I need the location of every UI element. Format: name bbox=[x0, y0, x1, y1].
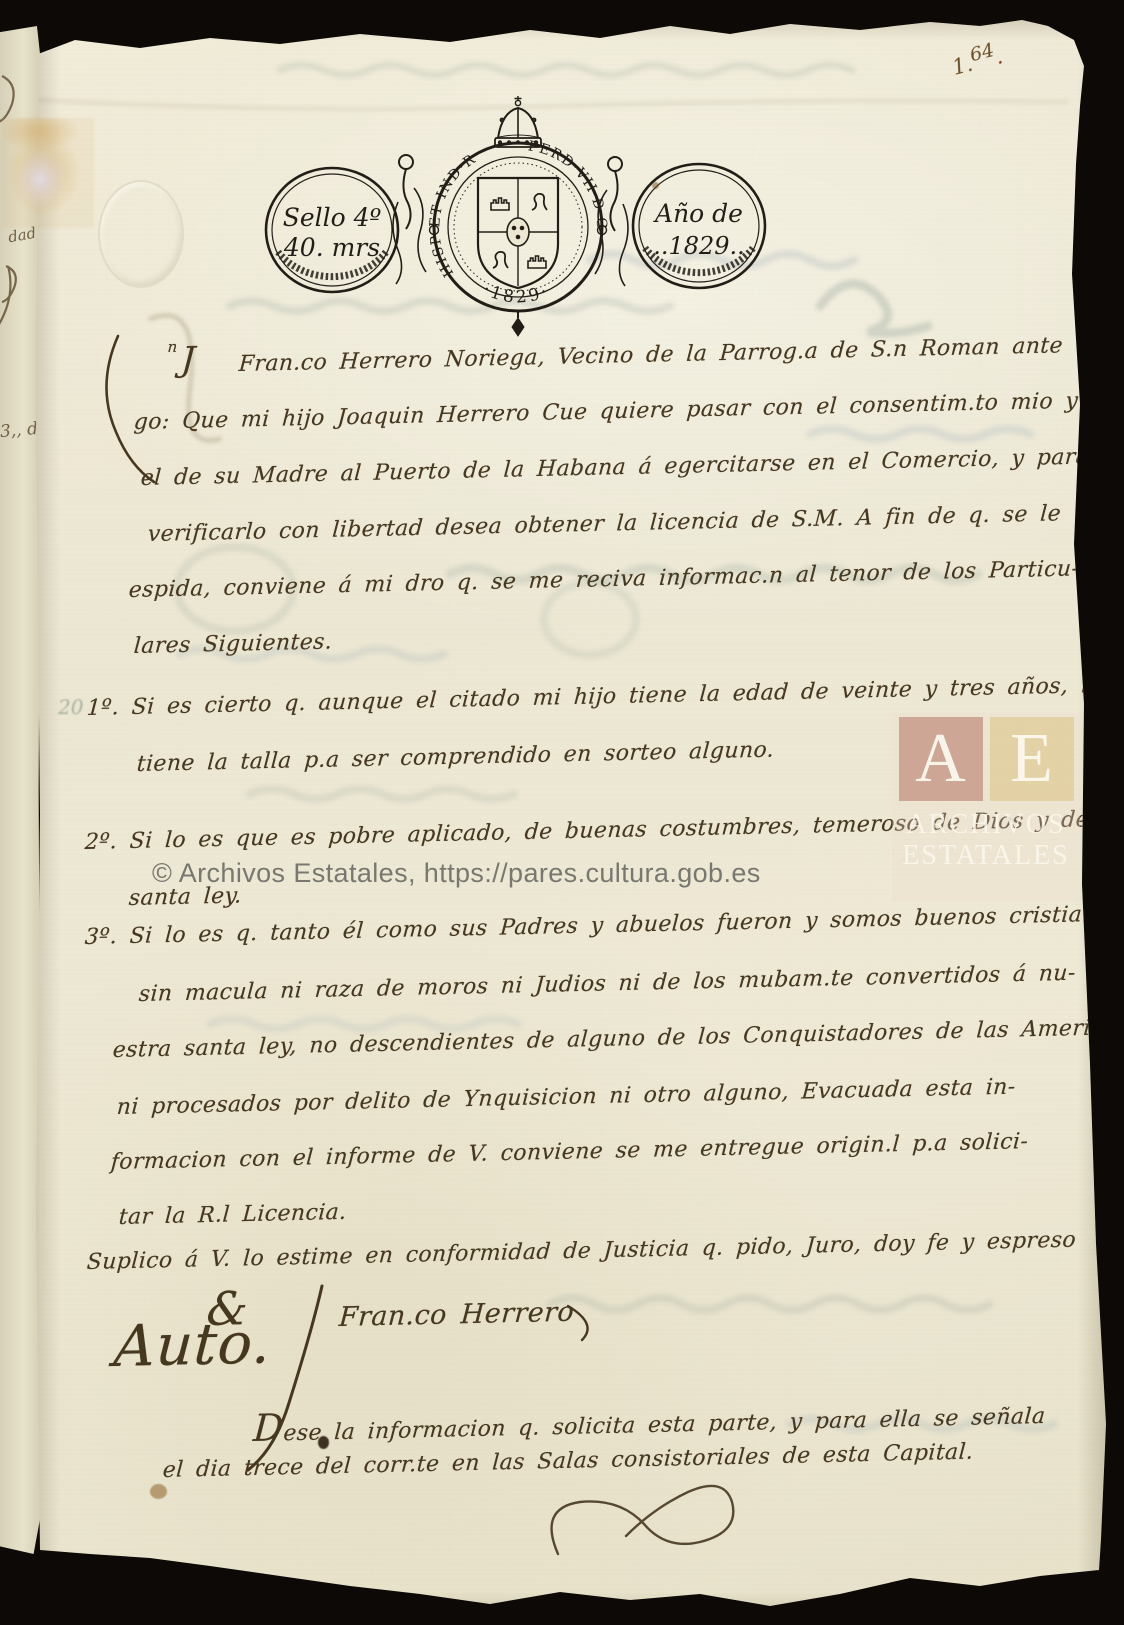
manuscript-line: estra santa ley, no descendientes de alg… bbox=[112, 1015, 1124, 1063]
margin-mark: J bbox=[180, 340, 197, 380]
auto-heading: Auto. bbox=[112, 1310, 273, 1380]
manuscript-line: go: Que mi hijo Joaquin Herrero Cue quie… bbox=[133, 389, 1079, 435]
stain-spot bbox=[150, 1484, 167, 1499]
manuscript-line: Suplico á V. lo estime en conformidad de… bbox=[86, 1228, 1077, 1275]
manuscript-line: sin macula ni raza de moros ni Judios ni… bbox=[138, 961, 1077, 1007]
ae-logo-word-estatales: ESTATALES bbox=[892, 840, 1080, 871]
stamp-right-line1: Año de bbox=[653, 199, 743, 228]
scanned-document: dad3,, de bbox=[0, 0, 1124, 1625]
manuscript-line: 3º. Si lo es q. tanto él como sus Padres… bbox=[84, 901, 1123, 950]
signature: Fran.co Herrero bbox=[338, 1297, 575, 1333]
copyright-watermark: © Archivos Estatales, https://pares.cult… bbox=[152, 858, 761, 889]
stamp-year-arc: ·1829· bbox=[480, 279, 554, 307]
ae-logo-letter-e: E bbox=[990, 717, 1074, 801]
manuscript-line: tar la R.l Licencia. bbox=[118, 1200, 347, 1230]
folio-number: 1.64. bbox=[950, 44, 1005, 80]
stain-spot bbox=[652, 182, 659, 189]
repair-tape-patch bbox=[2, 118, 94, 228]
previous-page-edge: dad3,, de bbox=[0, 26, 42, 1554]
stamp-year-text: ·1829· bbox=[480, 279, 554, 307]
manuscript-line: tiene la talla p.a ser comprendido en so… bbox=[136, 737, 775, 777]
bleedthrough-mark: 20 bbox=[58, 695, 83, 719]
manuscript-line: verificarlo con libertad desea obtener l… bbox=[147, 501, 1062, 547]
manuscript-line: formacion con el informe de V. conviene … bbox=[110, 1129, 1029, 1175]
document-page: 1.64. bbox=[30, 14, 1112, 1622]
previous-page-ink-flourishes bbox=[0, 26, 42, 1554]
ae-logo-word-archivos: ARCHIVOS bbox=[892, 809, 1080, 840]
stamp-left-line1: Sello 4º bbox=[283, 203, 382, 232]
folio-superscript: 64 bbox=[968, 39, 997, 66]
stamp-left-line2: 40. mrs bbox=[283, 233, 380, 262]
stamp-legend-right: FERD·VII·D·G bbox=[527, 138, 610, 230]
manuscript-line: ni procesados por delito de Ynquisicion … bbox=[116, 1075, 1016, 1120]
stamp-legend-right-text: FERD·VII·D·G bbox=[527, 138, 610, 230]
ae-logo-letter-a: A bbox=[899, 717, 983, 801]
manuscript-line: el de su Madre al Puerto de la Habana á … bbox=[140, 444, 1090, 491]
embossed-dry-seal bbox=[98, 180, 184, 288]
revenue-stamp: HISP·ET IND·R FERD·VII·D·G ·1829· Sello … bbox=[262, 92, 782, 344]
manuscript-line: lares Siguientes. bbox=[133, 629, 333, 659]
margin-mark: n bbox=[167, 338, 178, 356]
stamp-right-line2: ..1829.. bbox=[653, 232, 745, 260]
archivos-estatales-logo: A E ARCHIVOS ESTATALES bbox=[892, 712, 1080, 902]
ink-blot bbox=[318, 1436, 329, 1449]
ae-logo-squares: A E bbox=[892, 712, 1080, 801]
manuscript-line: espida, conviene á mi dro q. se me reciv… bbox=[128, 556, 1080, 603]
